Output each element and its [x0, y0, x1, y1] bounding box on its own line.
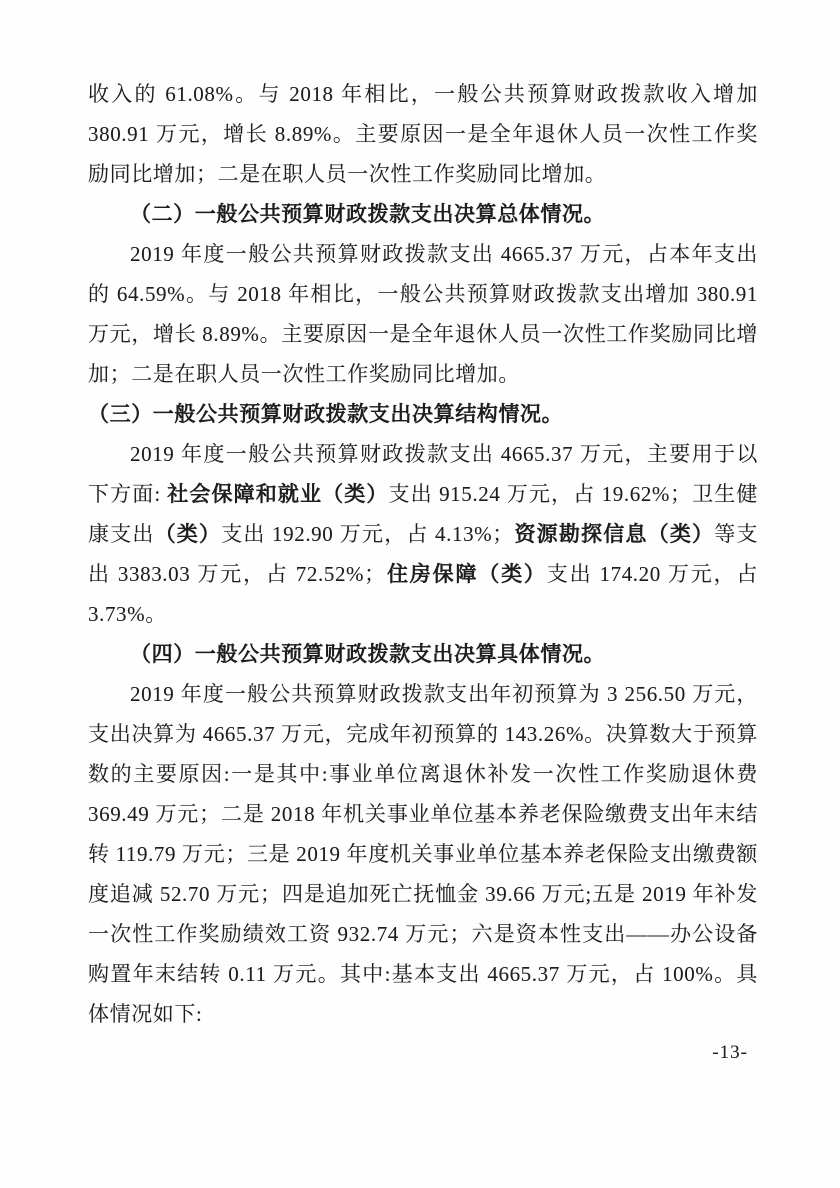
- body-paragraph: 2019 年度一般公共预算财政拨款支出年初预算为 3 256.50 万元，支出决…: [88, 674, 758, 1034]
- bold-text-run: 住房保障（类）: [386, 562, 547, 586]
- section-heading: （四）一般公共预算财政拨款支出决算具体情况。: [88, 634, 758, 674]
- section-heading: （二）一般公共预算财政拨款支出决算总体情况。: [88, 194, 758, 234]
- body-paragraph: 收入的 61.08%。与 2018 年相比，一般公共预算财政拨款收入增加 380…: [88, 74, 758, 194]
- text-run: 2019 年度一般公共预算财政拨款支出年初预算为 3 256.50 万元，支出决…: [88, 682, 758, 1026]
- bold-text-run: （类）: [155, 522, 222, 546]
- bold-text-run: 社会保障和就业（类）: [167, 482, 388, 506]
- document-body: 收入的 61.08%。与 2018 年相比，一般公共预算财政拨款收入增加 380…: [88, 74, 758, 1034]
- page-number: -13-: [0, 1042, 748, 1064]
- bold-text-run: （三）一般公共预算财政拨款支出决算结构情况。: [88, 402, 563, 426]
- bold-text-run: （二）一般公共预算财政拨款支出决算总体情况。: [130, 202, 605, 226]
- bold-text-run: （四）一般公共预算财政拨款支出决算具体情况。: [130, 642, 605, 666]
- body-paragraph: 2019 年度一般公共预算财政拨款支出 4665.37 万元，主要用于以下方面:…: [88, 434, 758, 634]
- bold-text-run: 资源勘探信息（类）: [514, 522, 714, 546]
- text-run: 支出 192.90 万元，占 4.13%；: [221, 522, 514, 546]
- body-paragraph: 2019 年度一般公共预算财政拨款支出 4665.37 万元，占本年支出的 64…: [88, 234, 758, 394]
- text-run: 2019 年度一般公共预算财政拨款支出 4665.37 万元，占本年支出的 64…: [88, 242, 758, 386]
- text-run: 收入的 61.08%。与 2018 年相比，一般公共预算财政拨款收入增加 380…: [88, 82, 758, 186]
- section-heading: （三）一般公共预算财政拨款支出决算结构情况。: [88, 394, 758, 434]
- document-page: 收入的 61.08%。与 2018 年相比，一般公共预算财政拨款收入增加 380…: [0, 0, 840, 1188]
